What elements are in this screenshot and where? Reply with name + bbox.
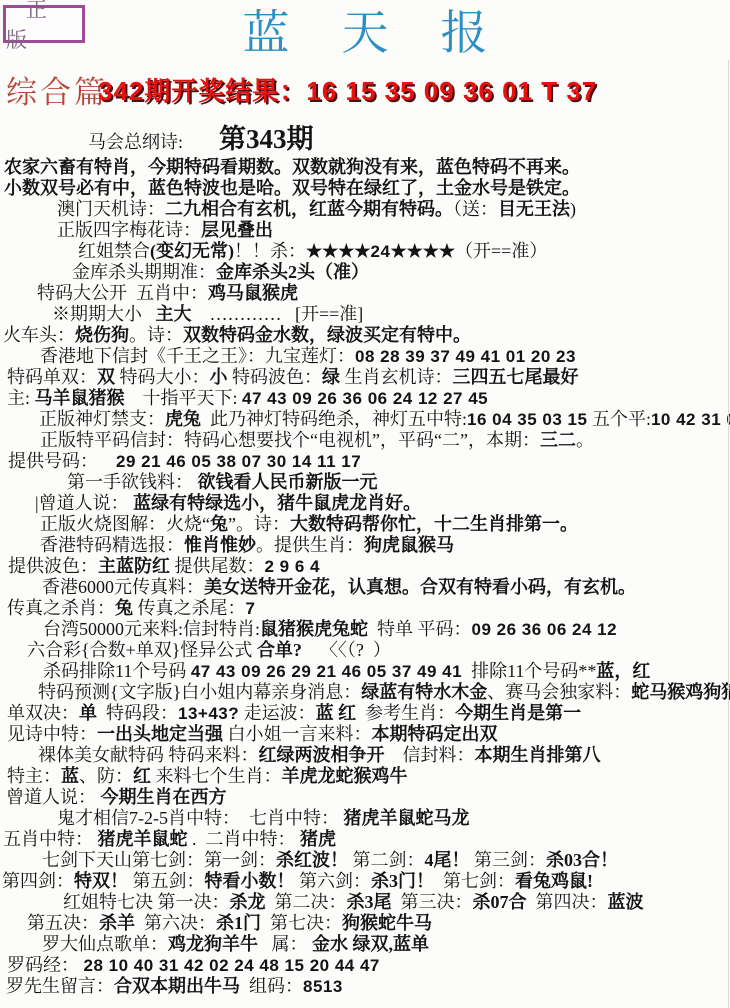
text-line: 七剑下天山第七剑：第一剑：杀红波！ 第二剑：4尾！ 第三剑：杀03合！ <box>0 850 730 871</box>
text-segment: ”。诗： <box>228 514 290 534</box>
text-segment: 24 <box>371 242 391 261</box>
text-segment: 、赛马会独家料： <box>487 682 631 702</box>
text-segment: 生肖玄机诗： <box>340 367 453 387</box>
text-segment: 特码大小： <box>115 367 210 387</box>
text-line: 六合彩{合数+单双}怪异公式 合单? 〈〈（? ） <box>0 640 730 661</box>
text-segment: 13+43? <box>178 704 239 723</box>
text-line: 提供波色：主蓝防红 提供尾数：2 9 6 4 <box>0 556 730 577</box>
text-segment: 主: <box>7 388 35 408</box>
text-segment: 47 43 09 26 29 21 46 05 37 49 41 <box>191 662 462 681</box>
text-line: 特码单双：双 特码大小：小 特码波色：绿 生肖玄机诗：三四五七尾最好 <box>0 367 730 388</box>
text-segment: 曾道人说： <box>6 787 101 807</box>
text-segment: 合单? <box>257 640 302 660</box>
text-segment: 特看小数！ <box>205 871 295 891</box>
text-segment: 今期生肖是第一 <box>455 703 581 723</box>
text-segment: 五个平: <box>587 409 651 429</box>
text-segment: 兔 <box>210 514 228 534</box>
text-segment: 农家六畜有特肖，今期特码看期数。双数就狗没有来，蓝色特码不再来。 <box>4 157 580 177</box>
lottery-tip-sheet: 正版 蓝天报 综合篇 342期开奖结果：16 15 35 09 36 01 T … <box>0 0 730 1008</box>
text-segment: 杀红波！ <box>276 850 348 870</box>
text-segment: 蓝波 <box>608 892 644 912</box>
text-line: 澳门天机诗：二九相合有玄机，红蓝今期有特码。（送：目无王法) <box>0 199 730 220</box>
text-segment: ※期期大小 <box>52 304 156 324</box>
text-line: 红姐禁合(变幻无常)！！杀：★★★★24★★★★（开==准） <box>0 241 730 262</box>
text-segment: 第三剑： <box>470 850 547 870</box>
text-segment: 三二 <box>540 430 576 450</box>
text-segment: 惟肖惟妙 <box>184 535 256 555</box>
text-segment: 参考生肖： <box>356 703 455 723</box>
text-segment: 10 42 31 02 34 <box>651 410 730 429</box>
text-segment: 七剑下天山第七剑：第一剑： <box>42 850 276 870</box>
text-segment: 猪虎 <box>300 829 336 849</box>
text-segment: 杀3门！ <box>371 871 434 891</box>
text-segment: 第四剑： <box>2 871 74 891</box>
text-segment: 猪虎羊鼠蛇马龙 <box>344 808 470 828</box>
text-segment: 马羊鼠猪猴 <box>35 388 125 408</box>
text-segment: 09 26 36 06 24 12 <box>472 620 618 639</box>
text-segment: ★★★★ <box>306 241 371 261</box>
text-segment: 罗先生留言： <box>6 976 114 996</box>
text-line: 鬼才相信7-2-5肖中特： 七肖中特： 猪虎羊鼠蛇马龙 <box>0 808 730 829</box>
text-segment: 来料七个生肖： <box>151 766 282 786</box>
text-segment: (变幻无常) <box>150 241 234 261</box>
text-line: 正版火烧图解：火烧“兔”。诗：大数特码帮你忙，十二生肖排第一。 <box>0 514 730 535</box>
text-segment: 马会总纲诗: <box>88 132 219 152</box>
text-line: ※期期大小 主大 ………… [开==准] <box>0 304 730 325</box>
text-line: 第五决：杀羊 第六决：杀1门 第七决：狗猴蛇牛马 <box>0 913 730 934</box>
text-segment: 杀3尾 <box>347 892 392 912</box>
text-line: 台湾50000元来料:信封特肖:鼠猪猴虎兔蛇 特单 平码：09 26 36 06… <box>0 619 730 640</box>
text-line: 特码大公开 五肖中：鸡马鼠猴虎 <box>0 283 730 304</box>
text-segment: 美女送特开金花，认真想。合双有特看小码，有玄机。 <box>204 577 636 597</box>
text-segment: 。提供生肖： <box>256 535 364 555</box>
text-line: 见诗中特：一出头地定当强 白小姐一言来料：本期特码定出双 <box>0 724 730 745</box>
text-segment: 杀码排除11个号码 <box>43 661 191 681</box>
text-segment: 双数特码金水数，绿波买定有特中。 <box>183 325 471 345</box>
text-segment: 2 9 6 4 <box>265 557 321 576</box>
text-line: 曾道人说： 今期生肖在西方 <box>0 787 730 808</box>
text-line: 火车头：烧伤狗。诗：双数特码金水数，绿波买定有特中。 <box>0 325 730 346</box>
text-segment: 特码波色： <box>228 367 323 387</box>
text-segment: 16 04 35 03 15 <box>467 410 587 429</box>
text-segment: 本期生肖排第八 <box>475 745 601 765</box>
text-segment: 香港6000元传真料： <box>42 577 204 597</box>
text-segment: 杀羊 <box>99 913 135 933</box>
text-segment: 一出头地定当强 <box>97 724 223 744</box>
text-line: 红姐特七决 第一决：杀龙 第二决：杀3尾 第三决：杀07合 第四决：蓝波 <box>0 892 730 913</box>
text-line: 传真之杀肖：兔 传真之杀尾：7 <box>0 598 730 619</box>
text-segment: 看兔鸡鼠! <box>515 871 593 891</box>
page-title: 蓝天报 <box>0 6 730 62</box>
text-segment: 今期生肖在西方 <box>101 787 227 807</box>
text-segment: 罗大仙点歌单： <box>42 934 168 954</box>
text-line: 杀码排除11个号码 47 43 09 26 29 21 46 05 37 49 … <box>0 661 730 682</box>
text-segment: 本期特码定出双 <box>372 724 498 744</box>
text-segment: 排除11个号码** <box>462 661 596 681</box>
text-segment: 杀07合 <box>473 892 527 912</box>
text-line: 第四剑：特双！ 第五剑：特看小数！ 第六剑：杀3门！ 第七剑：看兔鸡鼠! <box>0 871 730 892</box>
text-segment: 罗码经： <box>7 955 84 975</box>
text-segment: 层见叠出 <box>201 220 273 240</box>
text-segment: ！！杀： <box>234 241 306 261</box>
text-segment: 正版特平码信封：特码心想要找个“电视机”，平码“二”，本期： <box>40 430 540 450</box>
text-line: 特码预测{文字版}白小姐内幕亲身消息：绿蓝有特水木金、赛马会独家料：蛇马猴鸡狗猜… <box>0 682 730 703</box>
text-segment: 白小姐一言来料： <box>223 724 372 744</box>
text-segment: （开==准） <box>455 241 547 261</box>
text-segment: 三四五七尾最好 <box>453 367 579 387</box>
text-segment: 蛇马猴鸡狗猜绿 <box>631 682 730 702</box>
text-segment: 猪虎羊鼠蛇 <box>98 829 188 849</box>
text-segment: 第七剑： <box>434 871 515 891</box>
text-line: 单双决：单 特码段：13+43? 走运波：蓝 红 参考生肖：今期生肖是第一 <box>0 703 730 724</box>
text-segment: 第三决： <box>392 892 473 912</box>
text-line: 正版神灯禁支：虎兔 此乃神灯特码绝杀，神灯五中特:16 04 35 03 15 … <box>0 409 730 430</box>
text-segment: 、防： <box>79 766 133 786</box>
text-segment: 鼠猪猴虎兔蛇 <box>260 619 368 639</box>
text-line: 香港地下信封《千王之王》：九宝莲灯：08 28 39 37 49 41 01 2… <box>0 346 730 367</box>
text-segment: 此乃神灯特码绝杀，神灯五中特: <box>201 409 467 429</box>
text-segment: 特码预测{文字版}白小姐内幕亲身消息： <box>38 682 361 702</box>
text-segment: 单 <box>79 703 97 723</box>
text-segment: 第一手欲钱料： <box>67 472 198 492</box>
text-segment: 红姐特七决 第一决： <box>63 892 230 912</box>
text-segment: 第六决： <box>135 913 216 933</box>
text-segment: 提供波色： <box>8 556 98 576</box>
text-segment: 金库杀头期期准： <box>72 262 216 282</box>
text-segment: 特码单双： <box>7 367 97 387</box>
text-segment: 第二决： <box>266 892 347 912</box>
text-segment: 正版火烧图解：火烧“ <box>40 514 210 534</box>
text-segment: . 二肖中特： <box>188 829 301 849</box>
draw-result-line: 342期开奖结果：16 15 35 09 36 01 T 37 <box>98 74 597 108</box>
text-segment: 信封料： <box>385 745 475 765</box>
text-segment: 正版四字梅花诗： <box>57 220 201 240</box>
text-segment: 提供号码： <box>8 451 116 471</box>
text-segment: 〈〈（? ） <box>302 640 391 660</box>
text-segment: 红 <box>133 766 151 786</box>
text-segment: 28 10 40 31 42 02 24 48 15 20 44 47 <box>84 956 380 975</box>
text-segment: 羊虎龙蛇猴鸡牛 <box>282 766 408 786</box>
text-line: 第一手欲钱料： 欲钱看人民币新版一元 <box>0 472 730 493</box>
text-segment: 走运波： <box>239 703 316 723</box>
content-lines: 马会总纲诗: 第343期农家六畜有特肖，今期特码看期数。双数就狗没有来，蓝色特码… <box>0 124 730 997</box>
text-line: 小数双号必有中，蓝色特波也是哈。双号特在绿红了，土金水号是铁定。 <box>0 178 730 199</box>
text-line: 特主：蓝、防：红 来料七个生肖：羊虎龙蛇猴鸡牛 <box>0 766 730 787</box>
text-segment: 合双本期出牛马 <box>114 976 240 996</box>
text-segment: 红绿两波相争开 <box>259 745 385 765</box>
text-segment: 鸡龙狗羊牛 <box>168 934 258 954</box>
text-segment: 蓝 <box>61 766 79 786</box>
text-segment: 台湾50000元来料:信封特肖: <box>43 619 260 639</box>
text-segment: 属： <box>258 934 312 954</box>
text-line: 香港6000元传真料：美女送特开金花，认真想。合双有特看小码，有玄机。 <box>0 577 730 598</box>
text-segment: 第六剑： <box>295 871 372 891</box>
text-segment: 特单 平码： <box>368 619 472 639</box>
text-segment: ) <box>570 199 576 219</box>
text-line: 罗码经： 28 10 40 31 42 02 24 48 15 20 44 47 <box>0 955 730 976</box>
text-segment: 虎兔 <box>165 409 201 429</box>
text-segment: 香港地下信封《千王之王》：九宝莲灯： <box>40 346 355 366</box>
text-segment: 蓝 红 <box>316 703 357 723</box>
text-segment: 目无王法 <box>498 199 570 219</box>
text-segment: 二九相合有玄机，红蓝今期有特码。 <box>165 199 453 219</box>
text-segment: 蓝，红 <box>596 661 650 681</box>
text-line: 罗大仙点歌单：鸡龙狗羊牛 属： 金水 绿双,蓝单 <box>0 934 730 955</box>
text-segment: 烧伤狗 <box>75 325 129 345</box>
text-segment: 第四决： <box>527 892 608 912</box>
text-segment: 提供尾数： <box>170 556 265 576</box>
text-segment: 金库杀头2头（准） <box>216 262 369 282</box>
text-segment: 大数特码帮你忙，十二生肖排第一。 <box>290 514 578 534</box>
text-segment: 。 <box>576 430 594 450</box>
text-segment: 单双决： <box>7 703 79 723</box>
text-segment: 十指平天下: <box>125 388 243 408</box>
text-segment: 特码大公开 五肖中： <box>37 283 208 303</box>
text-segment: 绿 <box>322 367 340 387</box>
text-line: 五肖中特： 猪虎羊鼠蛇 . 二肖中特： 猪虎 <box>0 829 730 850</box>
text-segment: （送： <box>453 199 498 219</box>
text-segment: 金水 绿双,蓝单 <box>312 934 429 954</box>
text-segment: |曾道人说： <box>35 493 133 513</box>
text-segment: 第五决： <box>27 913 99 933</box>
text-line: 裸体美女献特码 特码来料：红绿两波相争开 信封料：本期生肖排第八 <box>0 745 730 766</box>
text-segment: 蓝绿有特绿选小，猪牛鼠虎龙肖好。 <box>133 493 421 513</box>
text-line: 金库杀头期期准：金库杀头2头（准） <box>0 262 730 283</box>
page-edge-line <box>728 60 729 1008</box>
text-segment: 第五剑： <box>128 871 205 891</box>
text-segment: 澳门天机诗： <box>57 199 165 219</box>
text-segment: 小 <box>210 367 228 387</box>
text-segment: 第七决： <box>261 913 342 933</box>
text-line: 正版特平码信封：特码心想要找个“电视机”，平码“二”，本期：三二。 <box>0 430 730 451</box>
text-segment: 杀03合！ <box>546 850 618 870</box>
text-segment: 小数双号必有中，蓝色特波也是哈。双号特在绿红了，土金水号是铁定。 <box>4 178 580 198</box>
text-segment: 特双！ <box>74 871 128 891</box>
text-segment: ………… [开==准] <box>192 304 364 324</box>
text-segment: 第二剑： <box>348 850 425 870</box>
text-segment: 第343期 <box>219 124 314 154</box>
text-segment: 杀龙 <box>230 892 266 912</box>
section-label: 综合篇 <box>6 74 108 112</box>
text-segment: 红姐禁合 <box>78 241 150 261</box>
text-segment: 杀1门 <box>216 913 261 933</box>
text-line: 主: 马羊鼠猪猴 十指平天下: 47 43 09 26 36 06 24 12 … <box>0 388 730 409</box>
text-segment: 绿蓝有特水木金 <box>361 682 487 702</box>
text-segment: 欲钱看人民币新版一元 <box>198 472 378 492</box>
text-line: 马会总纲诗: 第343期 <box>0 124 730 157</box>
text-segment: 正版神灯禁支： <box>39 409 165 429</box>
text-segment: 08 28 39 37 49 41 01 20 23 <box>355 347 576 366</box>
text-segment: 五肖中特： <box>3 829 98 849</box>
text-segment: 兔 <box>115 598 133 618</box>
text-segment: 鬼才相信7-2-5肖中特： 七肖中特： <box>57 808 344 828</box>
text-segment: 组码： <box>240 976 303 996</box>
text-segment: 47 43 09 26 36 06 24 12 27 45 <box>242 389 488 408</box>
text-segment: 狗猴蛇牛马 <box>342 913 432 933</box>
text-segment: 火车头： <box>3 325 75 345</box>
text-segment: 29 21 46 05 38 07 30 14 11 17 <box>116 452 361 471</box>
text-line: 提供号码： 29 21 46 05 38 07 30 14 11 17 <box>0 451 730 472</box>
text-segment: 狗虎鼠猴马 <box>364 535 454 555</box>
text-segment: 主蓝防红 <box>98 556 170 576</box>
text-segment: 双 <box>97 367 115 387</box>
text-segment: 传真之杀肖： <box>7 598 115 618</box>
text-segment: 香港特码精选报： <box>40 535 184 555</box>
text-segment: 见诗中特： <box>7 724 97 744</box>
text-line: 农家六畜有特肖，今期特码看期数。双数就狗没有来，蓝色特码不再来。 <box>0 157 730 178</box>
text-segment: 鸡马鼠猴虎 <box>208 283 298 303</box>
text-segment: 裸体美女献特码 特码来料： <box>38 745 259 765</box>
text-line: |曾道人说： 蓝绿有特绿选小，猪牛鼠虎龙肖好。 <box>0 493 730 514</box>
text-segment: 8513 <box>303 977 343 996</box>
text-segment: 4尾！ <box>425 850 470 870</box>
text-segment: 六合彩{合数+单双}怪异公式 <box>27 640 257 660</box>
text-segment: 传真之杀尾： <box>133 598 246 618</box>
text-segment: 特主： <box>7 766 61 786</box>
text-line: 正版四字梅花诗：层见叠出 <box>0 220 730 241</box>
text-segment: 7 <box>246 599 256 618</box>
text-line: 罗先生留言：合双本期出牛马 组码：8513 <box>0 976 730 997</box>
text-segment: ★★★★ <box>390 241 455 261</box>
text-line: 香港特码精选报：惟肖惟妙。提供生肖：狗虎鼠猴马 <box>0 535 730 556</box>
text-segment: 特码段： <box>97 703 178 723</box>
text-segment: 主大 <box>156 304 192 324</box>
text-segment: 。诗： <box>129 325 183 345</box>
